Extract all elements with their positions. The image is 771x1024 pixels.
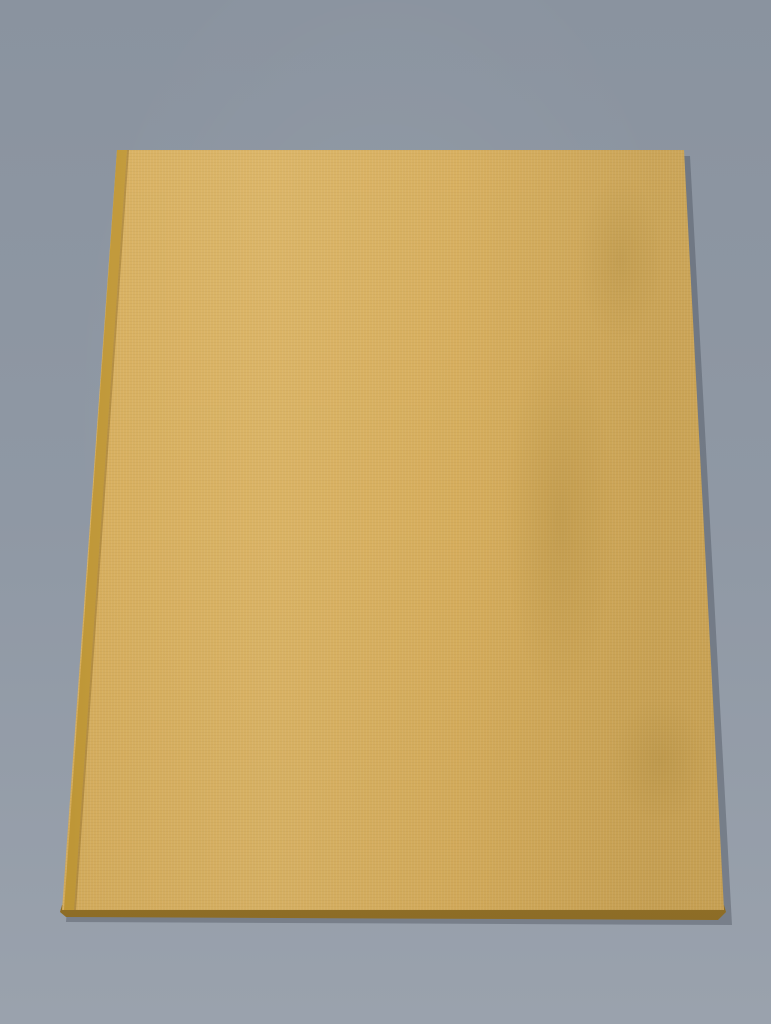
photo-scene: Blank mustard-yellow cloth-bound hardcov…: [0, 0, 771, 1024]
book-cover: [0, 0, 771, 1024]
